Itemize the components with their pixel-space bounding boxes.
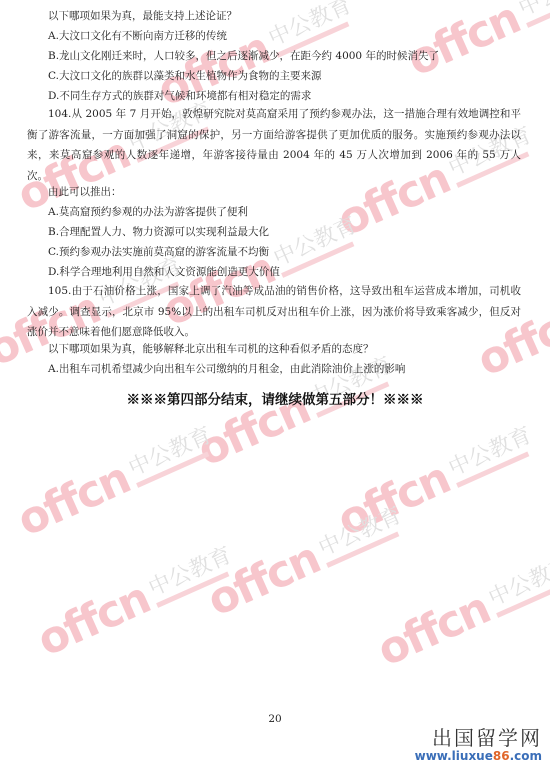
watermark: offcn中公教育	[30, 535, 243, 667]
watermark: offcn中公教育	[370, 545, 550, 677]
page-number: 20	[0, 713, 550, 725]
q103-option-d: D.不同生存方式的族群对气候和环境都有相对稳定的需求	[48, 89, 311, 103]
watermark: offcn中公教育	[400, 0, 550, 87]
watermark: offcn中公教育	[10, 415, 223, 547]
q105-prompt: 以下哪项如果为真，能够解释北京出租车司机的这种看似矛盾的态度？	[48, 342, 374, 356]
site-logo-name: 出国留学网	[415, 727, 542, 749]
watermark: offcn中公教育	[330, 415, 543, 547]
q104-prompt: 由此可以推出：	[48, 185, 122, 199]
q105-stem: 105.由于石油价格上涨，国家上调了汽油等成品油的销售价格，这导致出租车运营成本…	[27, 281, 521, 343]
site-logo-url: www.liuxue86.com	[415, 749, 542, 763]
q104-option-b: B.合理配置人力、物力资源可以实现利益最大化	[48, 225, 269, 239]
q103-option-b: B.龙山文化刚迁来时，人口较多，但之后逐渐减少，在距今约 4000 年的时候消失…	[48, 49, 439, 63]
q104-option-c: C.预约参观办法实施前莫高窟的游客流量不均衡	[48, 245, 269, 259]
q105-option-a: A.出租车司机希望减少向出租车公司缴纳的月租金，由此消除油价上涨的影响	[48, 362, 405, 376]
q103-option-a: A.大汶口文化有不断向南方迁移的传统	[48, 29, 227, 43]
q104-stem: 104.从 2005 年 7 月开始，敦煌研究院对莫高窟采用了预约参观办法，这一…	[27, 104, 521, 186]
site-logo[interactable]: 出国留学网 www.liuxue86.com	[415, 727, 542, 763]
section-end-note: ※※※第四部分结束，请继续做第五部分！※※※	[0, 388, 550, 408]
q104-option-a: A.莫高窟预约参观的办法为游客提供了便利	[48, 205, 248, 219]
watermark: offcn中公教育	[200, 495, 413, 627]
q103-option-c: C.大汶口文化的族群以藻类和水生植物作为食物的主要来源	[48, 69, 322, 83]
q104-option-d: D.科学合理地利用自然和人文资源能创造更大价值	[48, 265, 280, 279]
q103-prompt: 以下哪项如果为真，最能支持上述论证？	[48, 9, 237, 23]
